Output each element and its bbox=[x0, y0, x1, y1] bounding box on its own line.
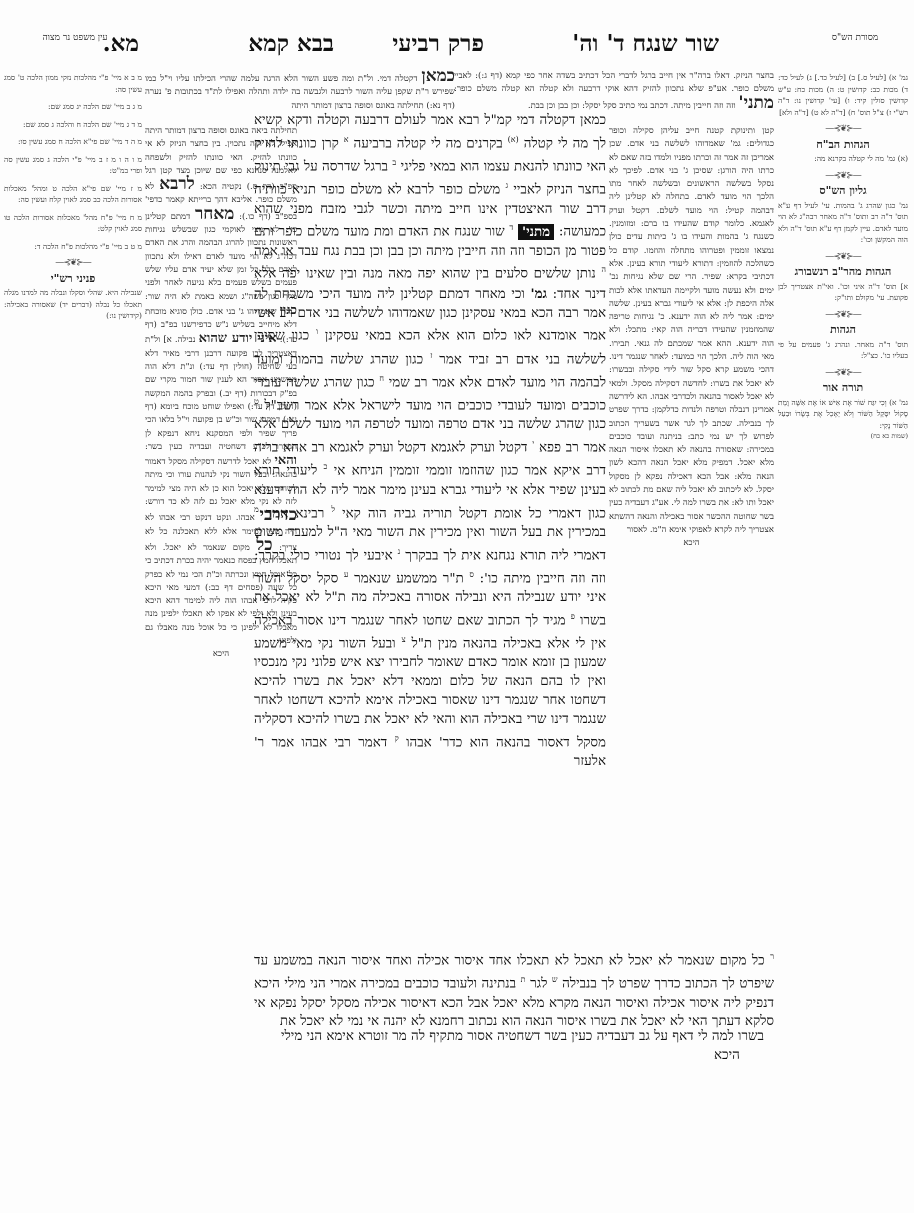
torah-or-text: גמ' א) וְכִי יִגַּח שׁוֹר אֶת אִישׁ אוֹ … bbox=[778, 397, 908, 432]
chapter-name: שור שנגח ד' וה' bbox=[572, 30, 719, 57]
ein-mishpat-entry: מ ז מיי' שם פי"א הלכה ט ומהל' מאכלות אסו… bbox=[4, 183, 142, 206]
torah-or-source: (שמות כא כח) bbox=[778, 431, 908, 443]
gemara-text: בקרנים מה לי קטלה ברביעה bbox=[354, 136, 503, 151]
ein-mishpat-ref: י bbox=[532, 439, 534, 448]
ein-mishpat-entry-text: מ ד ג מיי' שם הלכה ח והלכה ג סמג שם: bbox=[4, 119, 142, 131]
ein-mishpat-entry: מ ד ג מיי' שם הלכה ח והלכה ג סמג שם: bbox=[4, 119, 142, 131]
ein-mishpat-entry-text: מ ג ב מיי' שם הלכה יג סמג שם: bbox=[4, 101, 142, 113]
ein-mishpat-entry: מ ב א מיי' פ"י מהלכות נזקי ממון הלכה ט' … bbox=[4, 72, 142, 95]
divider-ornament-icon: —⊰❦⊱— bbox=[778, 124, 908, 136]
hagahot-bach-text: (א) גמ' מה לי קטלה בקרנא מה: bbox=[778, 153, 908, 165]
ein-mishpat-ref: ל bbox=[331, 505, 335, 514]
rashi-top-text: בחצר הניזק. דאלו ברה"ר אין חייב ברגל לדב… bbox=[454, 71, 774, 94]
hagahot-bach-title: הגהות הב"ח bbox=[778, 139, 908, 151]
ein-mishpat-entry: מ ט ב מיי' פ"י מהלכות פ"ח הלכה ד: bbox=[4, 241, 142, 253]
ein-mishpat-ref: ת bbox=[521, 975, 526, 984]
ein-mishpat-ref: ו bbox=[316, 327, 318, 336]
ein-mishpat-ref: ג bbox=[505, 181, 508, 190]
divider-ornament-icon: —⊰❦⊱— bbox=[778, 252, 908, 264]
ein-mishpat-entry: מ ו ה ו מ ז ב מיי' פ"י הלכה ג סמג עשין ס… bbox=[4, 154, 142, 177]
gilyon-hashas-text: גמ' כגון שהרג ג' בהמות. עי' לעיל דף ע"א … bbox=[778, 200, 908, 246]
ein-mishpat-ref: ט bbox=[254, 397, 259, 406]
ein-mishpat-ref: ח bbox=[379, 374, 384, 383]
gemara-text: רבינא אמר bbox=[266, 506, 325, 521]
tosafot-dibur-kman: כמאן bbox=[421, 66, 455, 86]
ein-mishpat-entry-text: מ ב א מיי' פ"י מהלכות נזקי ממון הלכה ט' … bbox=[4, 72, 142, 95]
gemara-text: ובעל השור נקי מאי משמע שמעון בן זומא אומ… bbox=[254, 637, 606, 750]
rashi-mishna-label: מתני' bbox=[738, 93, 774, 113]
rashi-mishna-dibur: וזה וזה חייבין מיתה. דכתב נמי כתיב סקל י… bbox=[528, 101, 736, 111]
ein-mishpat-entry-text: מ ח מיי' פ"ח מהל' מאכלות אסורות הלכה טו … bbox=[4, 212, 142, 235]
gemara-wide-section: ר כל מקום שנאמר לא יאכל לא תאכל לא תאכלו… bbox=[254, 948, 774, 1032]
hagahot-title: הגהות bbox=[778, 324, 908, 336]
gemara-final-lines: בשרו למה לי דאף על גב דעבדיה כעין בשר דש… bbox=[154, 1028, 764, 1066]
gemara-text: לגר bbox=[530, 977, 547, 992]
hagahot-maharab-text: א] תוס' ד"ה איני וכו'. ואי"ת אצטריך לבן … bbox=[778, 281, 908, 304]
masoret-hashas-title: מסורת הש"ס bbox=[820, 32, 890, 45]
ein-mishpat-ref: נ bbox=[398, 547, 401, 556]
ein-mishpat-ref: פ bbox=[571, 612, 575, 621]
hagahot-maharab-title: הגהות מהר"ב רנשבורג bbox=[778, 266, 908, 278]
ein-mishpat-ref: ס bbox=[469, 570, 474, 579]
hagahot-text: תוס' ד"ה מאחר. ונהרג ג' פעמים על פי בעלי… bbox=[778, 339, 908, 362]
ein-mishpat-ref: ה bbox=[601, 265, 606, 274]
page-header: מסורת הש"ס שור שנגח ד' וה' פרק רביעי בבא… bbox=[0, 28, 914, 68]
tosafot-top-text: דקטלה דמי. ול"ת ומה פשע השור הלא הרגה על… bbox=[145, 74, 455, 111]
ein-mishpat-entry-text: מ ט ב מיי' פ"י מהלכות פ"ח הלכה ד: bbox=[4, 241, 142, 253]
ein-mishpat-ref: א bbox=[344, 135, 349, 144]
ein-mishpat-ref: מ bbox=[254, 505, 259, 514]
mishna-text: שור שנגח את האדם ומת מועד משלם כופר ותם … bbox=[254, 225, 606, 259]
rashi-column-text: קטן ותינוקת קטנה חייב עליהן סקילה וכופר … bbox=[609, 126, 774, 535]
rashi-column: קטן ותינוקת קטנה חייב עליהן סקילה וכופר … bbox=[609, 125, 774, 551]
tractate-name: בבא קמא bbox=[248, 30, 334, 57]
penei-rashi-title: פניני רש"י bbox=[4, 273, 142, 285]
right-margin: גמ' א) [לעיל ס.] ב) [לעיל כד.] ג) לעיל כ… bbox=[778, 72, 908, 449]
chapter-number: פרק רביעי bbox=[392, 30, 484, 57]
gemara-tail-word: היכא bbox=[714, 1047, 764, 1066]
ein-mishpat-ref: ז bbox=[430, 351, 432, 360]
ein-mishpat-ref: ר bbox=[770, 952, 774, 961]
tosafot-dibur-meachar: מאחר bbox=[195, 204, 234, 224]
hagahot-note-marker: (א) bbox=[508, 135, 519, 144]
gemara-text: ת"ר ממשמע שנאמר bbox=[354, 571, 464, 586]
divider-ornament-icon: —⊰❦⊱— bbox=[778, 368, 908, 380]
rashi-tail-word: היכא bbox=[609, 537, 774, 550]
masoret-refs-text: גמ' א) [לעיל ס.] ב) [לעיל כד.] ג) לעיל כ… bbox=[778, 72, 908, 118]
ein-mishpat-ref: צ bbox=[401, 635, 405, 644]
ein-mishpat-ref: ב bbox=[392, 158, 396, 167]
gemara-label: גמ' bbox=[530, 286, 546, 302]
gemara-text: בשרו למה לי דאף על גב דעבדיה כעין בשר דש… bbox=[281, 1029, 764, 1044]
ein-mishpat-ref: ש bbox=[552, 975, 558, 984]
left-margin: מ ב א מיי' פ"י מהלכות נזקי ממון הלכה ט' … bbox=[4, 72, 142, 328]
ein-mishpat-entry: מ ג ב מיי' שם הלכה יג סמג שם: bbox=[4, 101, 142, 113]
gilyon-hashas-title: גליון הש"ס bbox=[778, 185, 908, 197]
torah-or-title: תורה אור bbox=[778, 382, 908, 394]
divider-ornament-icon: —⊰❦⊱— bbox=[778, 171, 908, 183]
ein-mishpat-entry-text: מ ה ד מיי' שם פי"א הלכה ח סמג עשין סו: bbox=[4, 136, 142, 148]
ein-mishpat-ref: כ bbox=[324, 462, 328, 471]
divider-ornament-icon: —⊰❦⊱— bbox=[778, 310, 908, 322]
ein-mishpat-ref: ק bbox=[395, 734, 399, 743]
ein-mishpat-ref: ד bbox=[509, 223, 513, 232]
gemara-main-column: כמאן דקטלה דמי קמ"ל רבא אמר לעולם דרבעה … bbox=[254, 112, 606, 772]
divider-ornament-icon: —⊰❦⊱— bbox=[4, 258, 142, 270]
ein-mishpat-title: עין משפט נר מצוה bbox=[40, 32, 110, 45]
penei-rashi-text: שנבילה היא. שהלי וסקלו ונבלה מה למדנו מג… bbox=[4, 287, 142, 322]
mishna-label: מתני' bbox=[518, 224, 554, 240]
ein-mishpat-entry-text: מ ו ה ו מ ז ב מיי' פ"י הלכה ג סמג עשין ס… bbox=[4, 154, 142, 177]
ein-mishpat-entry: מ ה ד מיי' שם פי"א הלכה ח סמג עשין סו: bbox=[4, 136, 142, 148]
ein-mishpat-ref: ע bbox=[344, 570, 349, 579]
tosafot-dibur-rava: לרבא bbox=[159, 174, 194, 194]
ein-mishpat-entry-text: מ ז מיי' שם פי"א הלכה ט ומהל' מאכלות אסו… bbox=[4, 183, 142, 206]
ein-mishpat-entry: מ ח מיי' פ"ח מהל' מאכלות אסורות הלכה טו … bbox=[4, 212, 142, 235]
masoret-refs: גמ' א) [לעיל ס.] ב) [לעיל כד.] ג) לעיל כ… bbox=[778, 72, 908, 118]
